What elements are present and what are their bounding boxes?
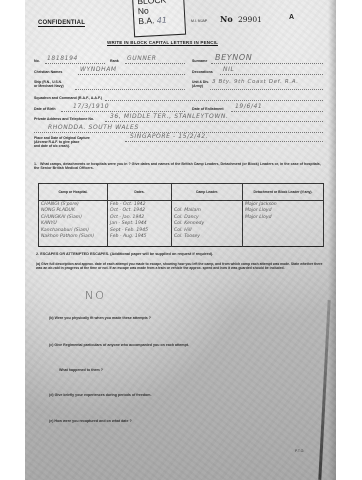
address-label: Private Address and Telephone No. [34,117,94,121]
column-header-block-leader: Detachment or Block Leader (if any). [243,184,324,201]
column-header-dates: Dates. [108,184,172,201]
dates-column: Feb - Oct. 1942 Oct - Oct. 1942 Oct - Ja… [108,201,172,247]
field-rule [210,89,323,90]
address-line-2: RHONDDA. SOUTH WALES [48,124,139,131]
capture-value: SINGAPORE - 15/2/42. [130,133,208,140]
question-1-number: 1. [34,162,37,166]
form-code: M.I. 9/JAP [191,19,207,23]
question-2b: (b) Were you physically fit when you mad… [49,316,151,320]
capture-label: Place and Date of Original Capture (Airc… [34,136,90,148]
capture-label-line3: and date of a/c crash). [34,144,90,148]
christian-names-label: Christian Names [34,70,62,74]
ship-label: Ship (R.N., U.S.N. or Merchant Navy) [34,80,64,88]
stamp-handwritten-number: 41 [157,16,168,26]
serial-number: 29901 [238,15,262,24]
christian-names-value: WYNDHAM [80,66,117,73]
surname-label: Surname [192,59,207,63]
field-rule [105,100,323,101]
field-rule [75,89,185,90]
question-2e: (e) How were you recaptured and on what … [49,419,132,423]
enlistment-date-label: Date of Enlistment [192,107,224,111]
camps-table-body: CHANGI (S'pore) NONG PLADUK CHUNGKAI (Si… [39,201,324,247]
field-rule [125,63,185,64]
table-cell: Nakhon Pathom (Siam) [41,234,105,240]
squadron-label: Squadron and Command (R.A.F., A.A.F.) [34,96,102,100]
pow-questionnaire-page: CONFIDENTIAL BLOCK No B.A. 41 M.I. 9/JAP… [25,0,336,480]
question-2a-answer: NO [85,289,106,302]
rank-value: GUNNER [127,55,157,62]
table-cell: Col. Toosey [174,234,240,240]
column-header-camp-leader: Camp Leader. [172,184,243,201]
block-number-stamp: BLOCK No B.A. 41 [132,0,186,37]
unit-value: 3 Bty. 9th Coast Def. R.A. [212,79,299,85]
question-1-text: What camps, detachments or hospitals wer… [34,162,321,170]
service-number-value: 1818194 [47,55,78,62]
stamp-ba-label: B.A. [138,15,155,26]
form-instruction: WRITE IN BLOCK CAPITAL LETTERS IN PENCIL [107,40,218,46]
question-2a: (a) Give full description and approx. da… [36,262,326,270]
question-1: 1. What camps, detachments or hospitals … [34,162,326,171]
ship-label-line2: or Merchant Navy) [34,84,64,88]
field-rule [231,111,323,112]
question-2c-followup: What happened to them ? [59,368,103,372]
question-2d: (d) Give briefly your experiences during… [49,393,151,397]
unit-label-line2: (Army) [192,84,209,88]
field-rule [105,121,323,122]
rank-label: Rank [110,59,119,63]
table-cell [245,234,321,240]
camps-table: Camp or Hospital. Dates. Camp Leader. De… [38,183,324,247]
camps-table-header: Camp or Hospital. Dates. Camp Leader. De… [39,184,324,201]
address-line-1: 36, MIDDLE TER., STANLEYTOWN. [110,113,228,120]
column-header-camp: Camp or Hospital. [39,184,108,201]
field-rule [220,74,323,75]
page-turn-mark: P.T.O. [295,449,304,453]
serial-suffix: A [289,14,294,21]
block-leader-column: Major Jackson Major Lloyd Major Lloyd [243,201,324,247]
camp-leader-column: Col. Mallam Col. Dancy Col. Kennedy Col.… [172,201,243,247]
service-number-label: No. [34,59,40,63]
field-rule [78,74,185,75]
field-rule [61,111,185,112]
enlistment-date-value: 19/6/41 [235,103,262,110]
question-2c: (c) Give Regimental particulars of anyon… [49,343,189,347]
classification-label: CONFIDENTIAL [38,20,85,27]
decorations-value: NIL [223,66,234,73]
page-edge-shadow [328,0,336,480]
camp-column: CHANGI (S'pore) NONG PLADUK CHUNGKAI (Si… [39,201,108,247]
date-of-birth-value: 17/3/1910 [73,103,109,110]
unit-label: Unit & Div. (Army) [192,80,209,88]
serial-number-label: No [220,14,233,24]
surname-value: BEYNON [215,53,252,62]
table-cell: Feb - Aug. 1945 [110,234,169,240]
field-rule [211,63,323,64]
field-rule [125,141,323,142]
question-2-heading: 2. ESCAPES OR ATTEMPTED ESCAPES. (Additi… [36,252,213,256]
field-rule [45,63,105,64]
stamp-line-ba: B.A. 41 [138,14,181,27]
decorations-label: Decorations [192,70,213,74]
date-of-birth-label: Date of Birth [34,107,56,111]
